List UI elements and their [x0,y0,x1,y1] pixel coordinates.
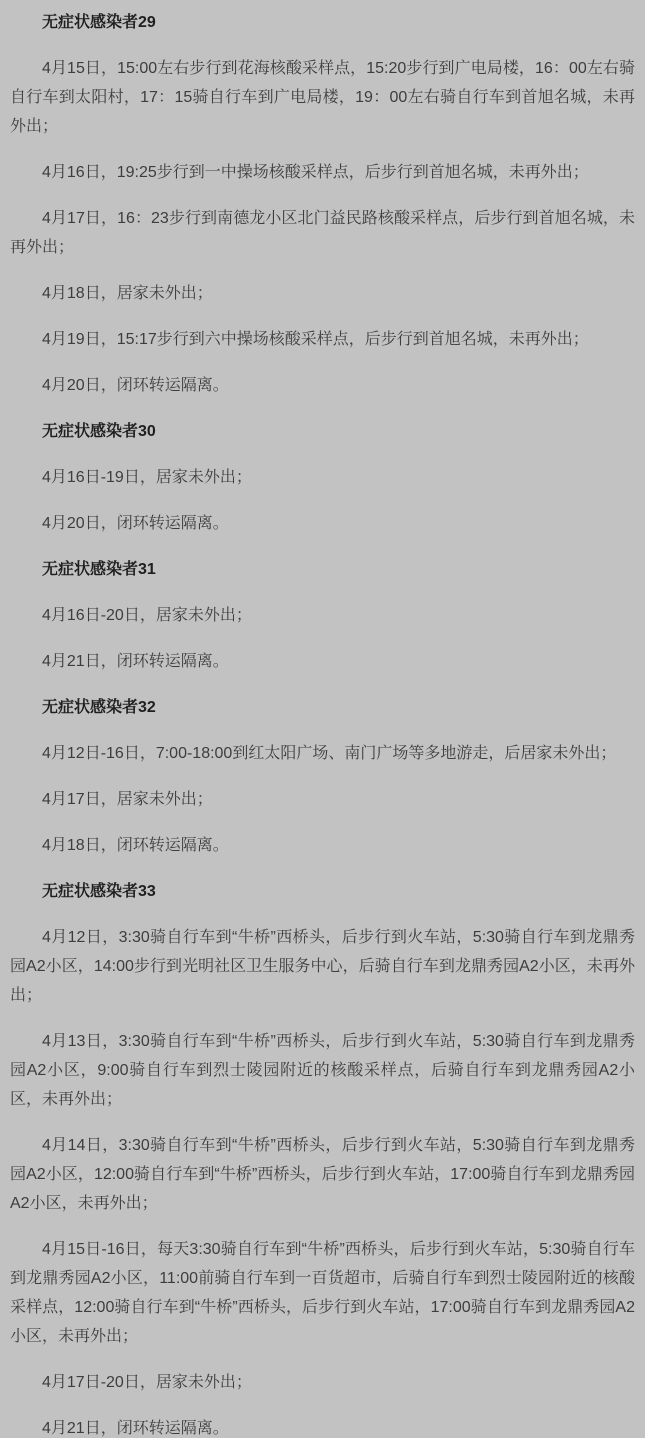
trajectory-paragraph: 4月14日，3:30骑自行车到“牛桥”西桥头，后步行到火车站，5:30骑自行车到… [10,1131,635,1218]
trajectory-paragraph: 4月13日，3:30骑自行车到“牛桥”西桥头，后步行到火车站，5:30骑自行车到… [10,1027,635,1114]
trajectory-paragraph: 4月16日，19:25步行到一中操场核酸采样点，后步行到首旭名城，未再外出； [10,158,635,187]
trajectory-paragraph: 4月16日-20日，居家未外出； [10,601,635,630]
case-heading: 无症状感染者31 [10,555,635,584]
trajectory-paragraph: 4月16日-19日，居家未外出； [10,463,635,492]
case-heading: 无症状感染者30 [10,417,635,446]
trajectory-paragraph: 4月21日，闭环转运隔离。 [10,647,635,676]
case-section: 无症状感染者334月12日，3:30骑自行车到“牛桥”西桥头，后步行到火车站，5… [10,877,635,1438]
trajectory-paragraph: 4月17日，居家未外出； [10,785,635,814]
trajectory-paragraph: 4月15日-16日，每天3:30骑自行车到“牛桥”西桥头，后步行到火车站，5:3… [10,1235,635,1351]
trajectory-paragraph: 4月18日，闭环转运隔离。 [10,831,635,860]
case-section: 无症状感染者294月15日，15:00左右步行到花海核酸采样点，15:20步行到… [10,8,635,400]
article-content: 无症状感染者294月15日，15:00左右步行到花海核酸采样点，15:20步行到… [0,0,645,1438]
case-heading: 无症状感染者33 [10,877,635,906]
trajectory-paragraph: 4月21日，闭环转运隔离。 [10,1414,635,1438]
case-heading: 无症状感染者32 [10,693,635,722]
trajectory-paragraph: 4月17日-20日，居家未外出； [10,1368,635,1397]
trajectory-paragraph: 4月19日，15:17步行到六中操场核酸采样点，后步行到首旭名城，未再外出； [10,325,635,354]
trajectory-paragraph: 4月12日-16日，7:00-18:00到红太阳广场、南门广场等多地游走，后居家… [10,739,635,768]
case-section: 无症状感染者324月12日-16日，7:00-18:00到红太阳广场、南门广场等… [10,693,635,860]
trajectory-paragraph: 4月18日，居家未外出； [10,279,635,308]
case-section: 无症状感染者304月16日-19日，居家未外出；4月20日，闭环转运隔离。 [10,417,635,538]
trajectory-paragraph: 4月20日，闭环转运隔离。 [10,371,635,400]
trajectory-paragraph: 4月20日，闭环转运隔离。 [10,509,635,538]
trajectory-paragraph: 4月17日，16：23步行到南德龙小区北门益民路核酸采样点，后步行到首旭名城，未… [10,204,635,262]
case-section: 无症状感染者314月16日-20日，居家未外出；4月21日，闭环转运隔离。 [10,555,635,676]
case-heading: 无症状感染者29 [10,8,635,37]
trajectory-paragraph: 4月12日，3:30骑自行车到“牛桥”西桥头，后步行到火车站，5:30骑自行车到… [10,923,635,1010]
trajectory-paragraph: 4月15日，15:00左右步行到花海核酸采样点，15:20步行到广电局楼，16：… [10,54,635,141]
